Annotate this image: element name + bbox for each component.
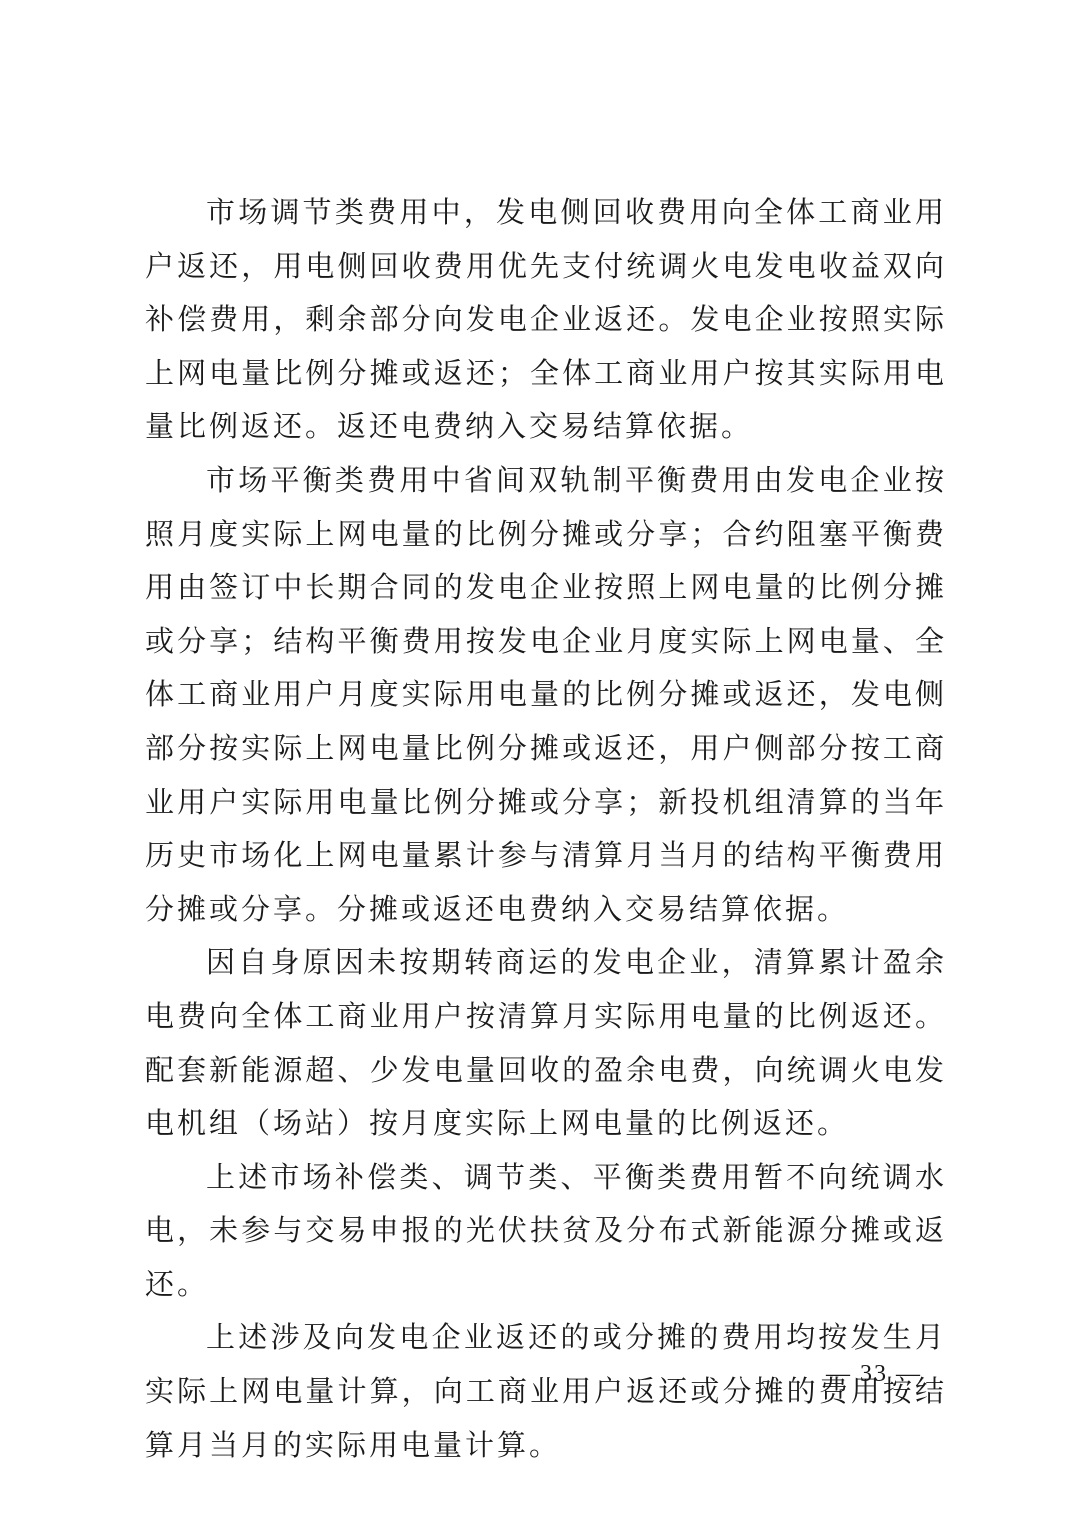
paragraph-delayed-commercial-operation: 因自身原因未按期转商运的发电企业，清算累计盈余电费向全体工商业用户按清算月实际用…	[145, 936, 947, 1150]
paragraph-calculation-basis: 上述涉及向发电企业返还的或分摊的费用均按发生月实际上网电量计算，向工商业用户返还…	[145, 1311, 947, 1472]
paragraph-market-balance-fees: 市场平衡类费用中省间双轨制平衡费用由发电企业按照月度实际上网电量的比例分摊或分享…	[145, 454, 947, 936]
document-body: 市场调节类费用中，发电侧回收费用向全体工商业用户返还，用电侧回收费用优先支付统调…	[145, 186, 947, 1472]
page-number: — 33 —	[826, 1361, 922, 1388]
paragraph-exemptions: 上述市场补偿类、调节类、平衡类费用暂不向统调水电，未参与交易申报的光伏扶贫及分布…	[145, 1151, 947, 1312]
paragraph-market-adjustment-fees: 市场调节类费用中，发电侧回收费用向全体工商业用户返还，用电侧回收费用优先支付统调…	[145, 186, 947, 454]
